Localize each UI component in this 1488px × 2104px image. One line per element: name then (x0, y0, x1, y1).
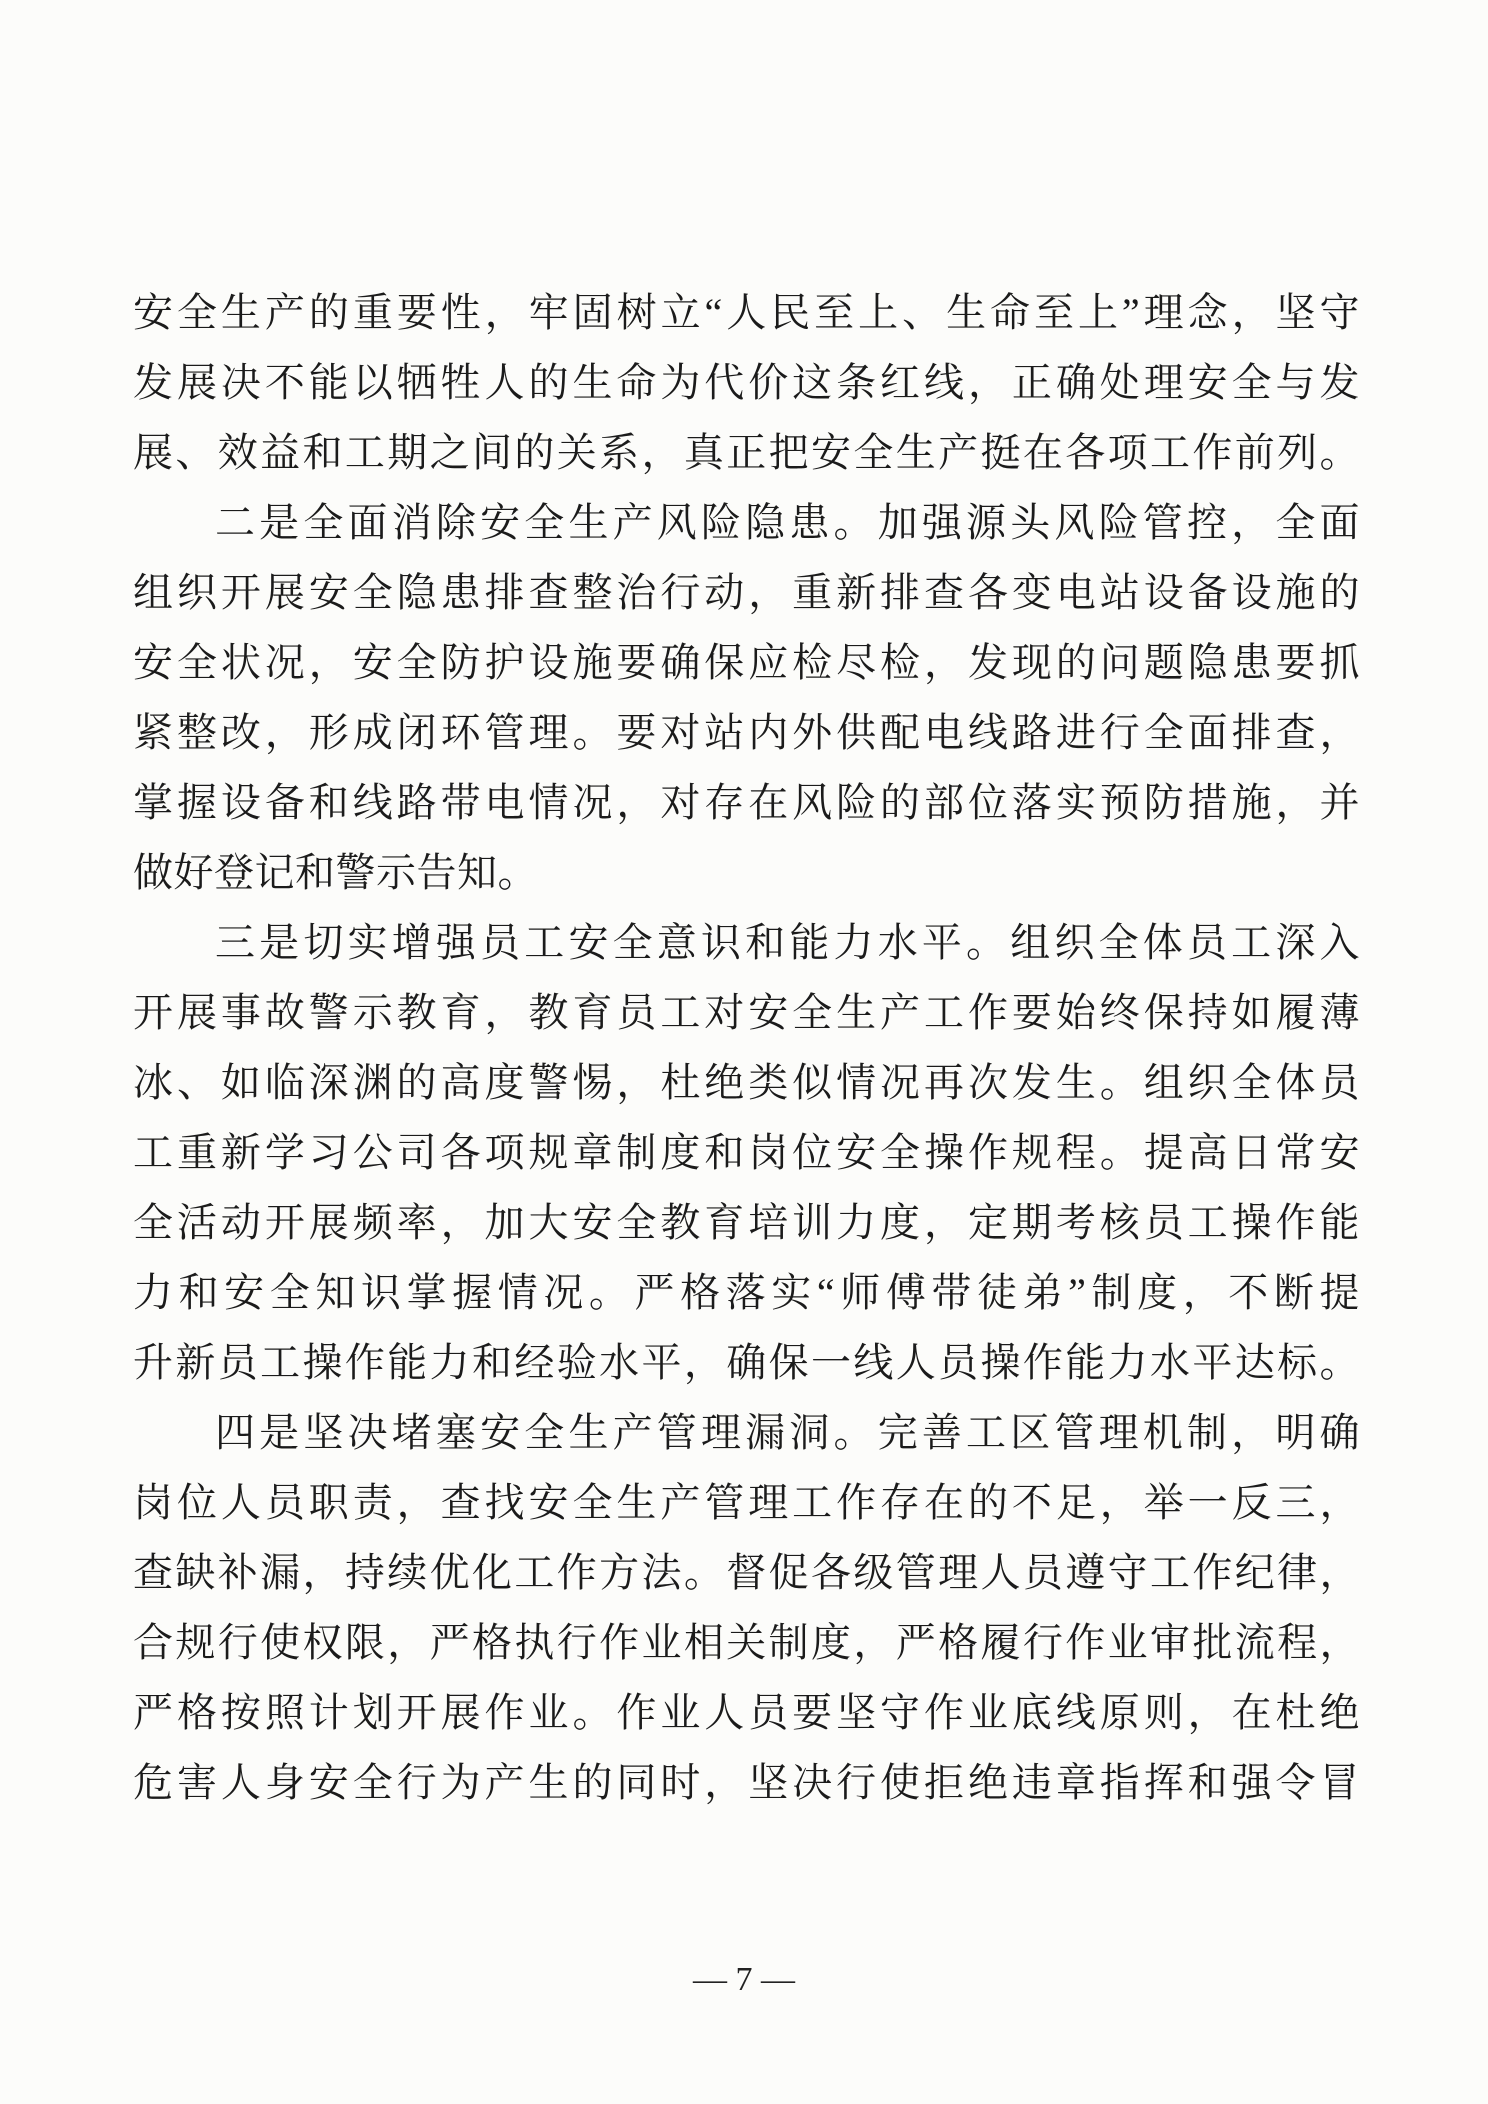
text-line: 冰、如临深渊的高度警惕，杜绝类似情况再次发生。组织全体员 (133, 1048, 1360, 1118)
text-line: 查缺补漏，持续优化工作方法。督促各级管理人员遵守工作纪律， (133, 1538, 1360, 1608)
text-line: 三是切实增强员工安全意识和能力水平。组织全体员工深入 (133, 908, 1360, 978)
text-line: 升新员工操作能力和经验水平，确保一线人员操作能力水平达标。 (133, 1328, 1360, 1398)
text-line: 组织开展安全隐患排查整治行动，重新排查各变电站设备设施的 (133, 558, 1360, 628)
text-line: 紧整改，形成闭环管理。要对站内外供配电线路进行全面排查， (133, 698, 1360, 768)
text-line: 岗位人员职责，查找安全生产管理工作存在的不足，举一反三， (133, 1468, 1360, 1538)
text-line: 掌握设备和线路带电情况，对存在风险的部位落实预防措施，并 (133, 768, 1360, 838)
text-line: 安全状况，安全防护设施要确保应检尽检，发现的问题隐患要抓 (133, 628, 1360, 698)
text-line: 严格按照计划开展作业。作业人员要坚守作业底线原则，在杜绝 (133, 1678, 1360, 1748)
text-line: 展、效益和工期之间的关系，真正把安全生产挺在各项工作前列。 (133, 418, 1360, 488)
document-page: 安全生产的重要性，牢固树立“人民至上、生命至上”理念，坚守发展决不能以牺牲人的生… (0, 0, 1488, 2104)
text-line: 安全生产的重要性，牢固树立“人民至上、生命至上”理念，坚守 (133, 278, 1360, 348)
text-line: 四是坚决堵塞安全生产管理漏洞。完善工区管理机制，明确 (133, 1398, 1360, 1468)
text-line: 开展事故警示教育，教育员工对安全生产工作要始终保持如履薄 (133, 978, 1360, 1048)
text-line: 合规行使权限，严格执行作业相关制度，严格履行作业审批流程， (133, 1608, 1360, 1678)
text-line: 全活动开展频率，加大安全教育培训力度，定期考核员工操作能 (133, 1188, 1360, 1258)
text-line: 工重新学习公司各项规章制度和岗位安全操作规程。提高日常安 (133, 1118, 1360, 1188)
text-line: 发展决不能以牺牲人的生命为代价这条红线，正确处理安全与发 (133, 348, 1360, 418)
text-line: 做好登记和警示告知。 (133, 838, 1360, 908)
text-line: 力和安全知识掌握情况。严格落实“师傅带徒弟”制度，不断提 (133, 1258, 1360, 1328)
text-block: 安全生产的重要性，牢固树立“人民至上、生命至上”理念，坚守发展决不能以牺牲人的生… (133, 278, 1360, 1818)
page-number: — 7 — (0, 1955, 1488, 2005)
text-line: 危害人身安全行为产生的同时，坚决行使拒绝违章指挥和强令冒 (133, 1748, 1360, 1818)
text-line: 二是全面消除安全生产风险隐患。加强源头风险管控，全面 (133, 488, 1360, 558)
